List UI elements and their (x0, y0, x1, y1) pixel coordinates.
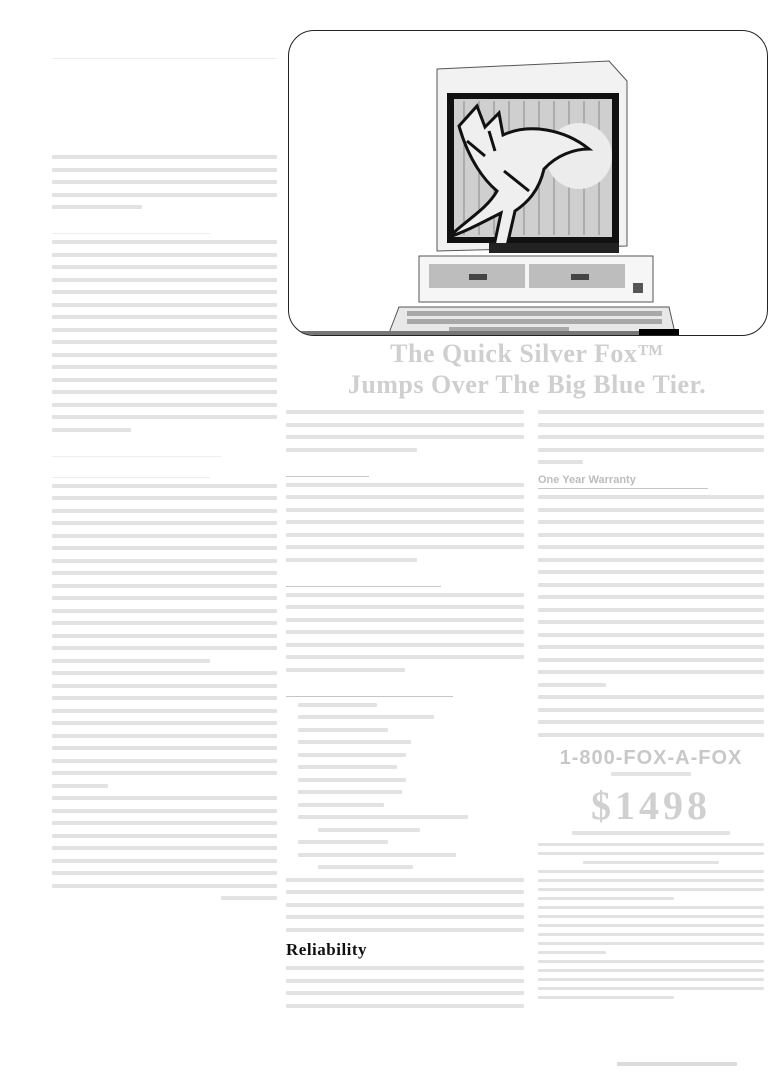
right-ad-column: One Year Warranty 1-800-FOX-A-FOX $1498 (538, 410, 764, 1005)
paragraph-3 (52, 484, 277, 663)
middle-paragraph-2 (286, 483, 524, 562)
left-subheading-1 (52, 219, 210, 234)
right-paragraph-1 (538, 410, 764, 464)
middle-paragraph-3 (286, 593, 524, 672)
ad-headline: The Quick Silver Fox™ Jumps Over The Big… (282, 338, 772, 400)
paragraph-5 (52, 796, 277, 900)
intro-paragraph (286, 410, 524, 452)
warranty-heading: One Year Warranty (538, 474, 708, 489)
left-subheading-3 (52, 463, 210, 478)
page-footer (617, 1062, 737, 1066)
price-caption (538, 831, 764, 835)
left-article-column (52, 52, 277, 909)
phone-caption (538, 772, 764, 776)
fine-print (538, 843, 764, 999)
right-paragraph-3 (538, 595, 764, 687)
middle-subheading-1 (286, 462, 369, 477)
fox-computer-icon (289, 31, 767, 335)
paragraph-4 (52, 671, 277, 788)
order-phone-number: 1-800-FOX-A-FOX (538, 747, 764, 770)
middle-subheading-2 (286, 572, 441, 587)
right-paragraph-4 (538, 695, 764, 737)
price: $1498 (538, 782, 764, 829)
software-list-heading (286, 682, 453, 697)
column-top-rule (52, 58, 277, 59)
paragraph-1 (52, 155, 277, 209)
middle-paragraph-4 (286, 878, 524, 932)
warranty-paragraph (538, 495, 764, 587)
paragraph-2 (52, 240, 277, 432)
fox-computer-illustration (288, 30, 768, 336)
reliability-paragraph (286, 966, 524, 1008)
left-subheading-2 (52, 442, 221, 457)
software-list (286, 703, 524, 870)
headline-line-2: Jumps Over The Big Blue Tier. (282, 369, 772, 400)
headline-line-1: The Quick Silver Fox™ (282, 338, 772, 369)
middle-ad-column: Reliability (286, 410, 524, 1016)
reliability-heading: Reliability (286, 940, 524, 960)
